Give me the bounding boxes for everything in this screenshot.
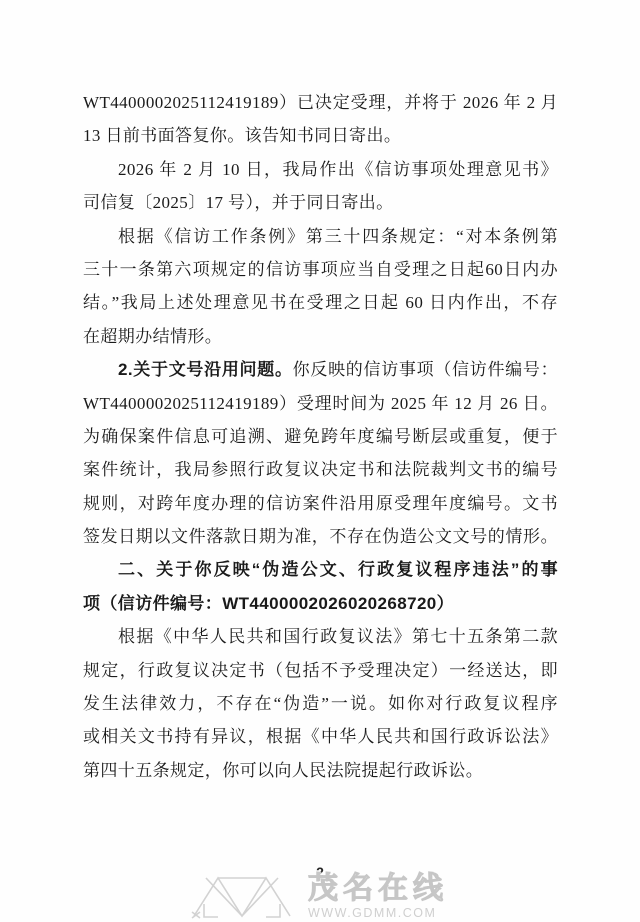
document-line: WT4400002025112419189）已决定受理，并将于 2026 年 2… xyxy=(83,86,558,119)
document-line: 结。”我局上述处理意见书在受理之日起 60 日内作出，不存 xyxy=(83,286,558,319)
text-segment: 根据《中华人民共和国行政复议法》第七十五条第二款 xyxy=(118,627,558,646)
document-line: 案件统计，我局参照行政复议决定书和法院裁判文书的编号 xyxy=(83,453,558,486)
document-line: 根据《中华人民共和国行政复议法》第七十五条第二款 xyxy=(83,620,558,653)
document-line: 或相关文书持有异议，根据《中华人民共和国行政诉讼法》 xyxy=(83,720,558,753)
bold-text-segment: 项（信访件编号：WT4400002026020268720） xyxy=(83,594,454,613)
document-line: WT4400002025112419189）受理时间为 2025 年 12 月 … xyxy=(83,387,558,420)
document-line: 二、关于你反映“伪造公文、行政复议程序违法”的事 xyxy=(83,553,558,586)
text-segment: 你反映的信访事项（信访件编号： xyxy=(293,360,558,379)
text-segment: 规定，行政复议决定书（包括不予受理决定）一经送达，即 xyxy=(83,661,558,680)
document-line: 签发日期以文件落款日期为准，不存在伪造公文文号的情形。 xyxy=(83,520,558,553)
watermark-site-name: 茂名在线 xyxy=(308,874,448,904)
text-segment: 为确保案件信息可追溯、避免跨年度编号断层或重复，便于 xyxy=(83,427,558,446)
document-page: WT4400002025112419189）已决定受理，并将于 2026 年 2… xyxy=(0,0,640,922)
text-segment: WT4400002025112419189）受理时间为 2025 年 12 月 … xyxy=(83,394,558,413)
text-segment: 结。”我局上述处理意见书在受理之日起 60 日内作出，不存 xyxy=(83,293,558,312)
text-segment: 13 日前书面答复你。该告知书同日寄出。 xyxy=(83,126,401,145)
document-line: 第四十五条规定，你可以向人民法院提起行政诉讼。 xyxy=(83,754,558,787)
document-line: 发生法律效力，不存在“伪造”一说。如你对行政复议程序 xyxy=(83,687,558,720)
document-line: 在超期办结情形。 xyxy=(83,320,558,353)
watermark-site-url: WWW.GDMM.COM xyxy=(308,906,448,920)
watermark-logo-icon xyxy=(190,874,294,920)
text-segment: 司信复〔2025〕17 号），并于同日寄出。 xyxy=(83,193,394,212)
text-segment: 在超期办结情形。 xyxy=(83,327,222,346)
document-body: WT4400002025112419189）已决定受理，并将于 2026 年 2… xyxy=(83,86,558,787)
bold-text-segment: 2.关于文号沿用问题。 xyxy=(118,360,293,379)
document-line: 2.关于文号沿用问题。你反映的信访事项（信访件编号： xyxy=(83,353,558,386)
document-line: 规定，行政复议决定书（包括不予受理决定）一经送达，即 xyxy=(83,654,558,687)
text-segment: 签发日期以文件落款日期为准，不存在伪造公文文号的情形。 xyxy=(83,527,558,546)
text-segment: 第四十五条规定，你可以向人民法院提起行政诉讼。 xyxy=(83,761,483,780)
text-segment: 规则，对跨年度办理的信访案件沿用原受理年度编号。文书 xyxy=(83,494,558,513)
document-line: 根据《信访工作条例》第三十四条规定：“对本条例第 xyxy=(83,220,558,253)
document-line: 规则，对跨年度办理的信访案件沿用原受理年度编号。文书 xyxy=(83,487,558,520)
bold-text-segment: 二、关于你反映“伪造公文、行政复议程序违法”的事 xyxy=(118,560,558,579)
text-segment: 发生法律效力，不存在“伪造”一说。如你对行政复议程序 xyxy=(83,694,558,713)
document-line: 三十一条第六项规定的信访事项应当自受理之日起60日内办 xyxy=(83,253,558,286)
document-line: 2026 年 2 月 10 日，我局作出《信访事项处理意见书》（高 xyxy=(83,153,558,186)
watermark: 茂名在线 WWW.GDMM.COM xyxy=(190,874,448,920)
text-segment: 根据《信访工作条例》第三十四条规定：“对本条例第 xyxy=(118,227,558,246)
text-segment: 2026 年 2 月 10 日，我局作出《信访事项处理意见书》（高 xyxy=(83,160,558,186)
text-segment: 三十一条第六项规定的信访事项应当自受理之日起60日内办 xyxy=(83,260,558,279)
text-segment: WT4400002025112419189）已决定受理，并将于 2026 年 2… xyxy=(83,93,558,112)
document-line: 项（信访件编号：WT4400002026020268720） xyxy=(83,587,558,620)
watermark-text: 茂名在线 WWW.GDMM.COM xyxy=(308,874,448,920)
text-segment: 案件统计，我局参照行政复议决定书和法院裁判文书的编号 xyxy=(83,460,558,479)
text-segment: 或相关文书持有异议，根据《中华人民共和国行政诉讼法》 xyxy=(83,727,558,746)
document-line: 13 日前书面答复你。该告知书同日寄出。 xyxy=(83,119,558,152)
document-line: 为确保案件信息可追溯、避免跨年度编号断层或重复，便于 xyxy=(83,420,558,453)
document-line: 司信复〔2025〕17 号），并于同日寄出。 xyxy=(83,186,558,219)
